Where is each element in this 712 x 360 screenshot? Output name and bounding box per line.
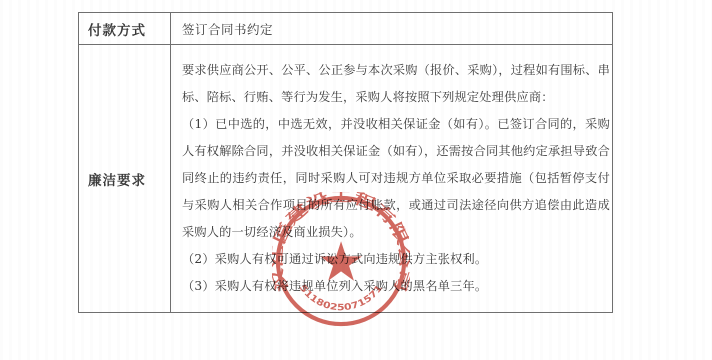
integrity-paragraph-intro: 要求供应商公开、公平、公正参与本次采购（报价、采购），过程如有围标、串标、陪标、… [182, 57, 610, 111]
integrity-requirements-label: 廉洁要求 [79, 45, 171, 312]
payment-method-label: 付款方式 [79, 13, 171, 45]
contract-terms-table: 付款方式 签订合同书约定 廉洁要求 要求供应商公开、公平、公正参与本次采购（报价… [78, 12, 613, 313]
integrity-requirements-body: 要求供应商公开、公平、公正参与本次采购（报价、采购），过程如有围标、串标、陪标、… [171, 45, 612, 312]
integrity-paragraph-clause-2: （2）采购人有权可通过诉讼方式向违规供方主张权利。 [182, 246, 610, 273]
payment-method-value: 签订合同书约定 [171, 13, 612, 45]
integrity-paragraph-clause-3: （3）采购人有权将违规单位列入采购人的黑名单三年。 [182, 273, 610, 300]
integrity-paragraph-clause-1: （1）已中选的，中选无效，并没收相关保证金（如有）。已签订合同的，采购人有权解除… [182, 111, 610, 246]
